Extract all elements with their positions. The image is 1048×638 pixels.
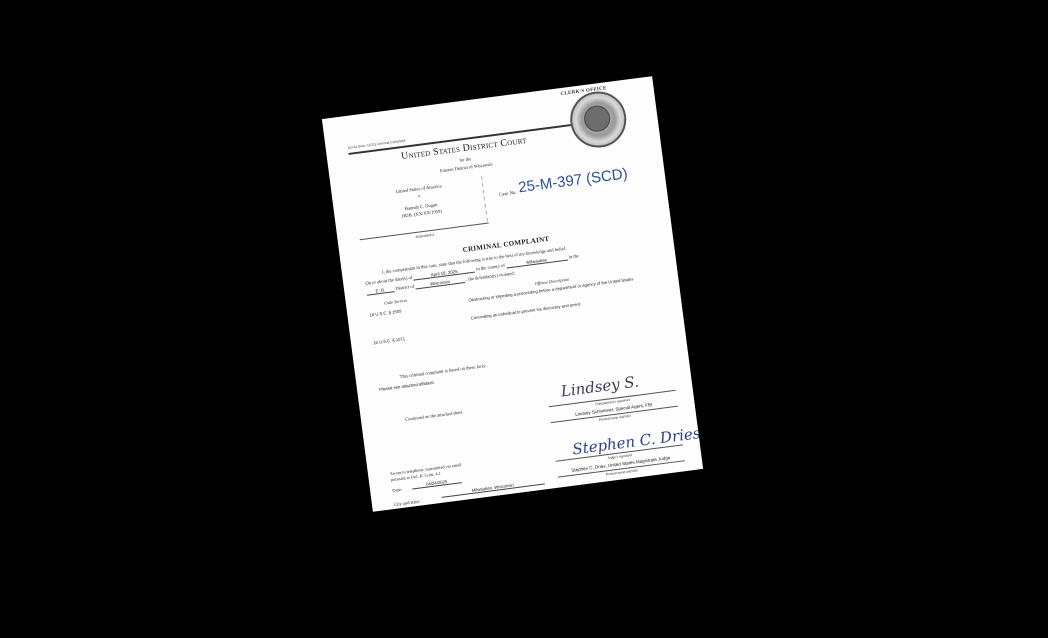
district-of-label: District of [395,284,414,291]
date-label: Date: [392,487,402,493]
facts-body: Please see attached affidavit. [379,380,435,392]
facts-intro: This criminal complaint is based on thes… [399,363,486,379]
code-section-1: 18 U.S.C. § 1505 [369,308,402,317]
case-number-label: Case No. [499,191,517,198]
in-county-label: in the county of [476,263,505,272]
criminal-complaint-page: AO 91 (Rev. 11/11) Criminal Complaint Un… [322,76,703,512]
case-number: 25-M-397 (SCD) [517,165,628,196]
offense-description-2: Concealing an individual to prevent his … [470,301,580,320]
district-abbr: E. D. [366,286,395,296]
code-section-2: 18 U.S.C. § 1071 [373,336,406,345]
continued-note: Continued on the attached sheet. [405,409,464,422]
city-state-label: City and state: [394,499,420,507]
case-caption: United States of America v. Hannah C. Du… [354,177,487,225]
code-section-header: Code Section [384,298,407,306]
in-the-label: in the [568,253,579,259]
seal-eagle-icon [583,104,612,133]
